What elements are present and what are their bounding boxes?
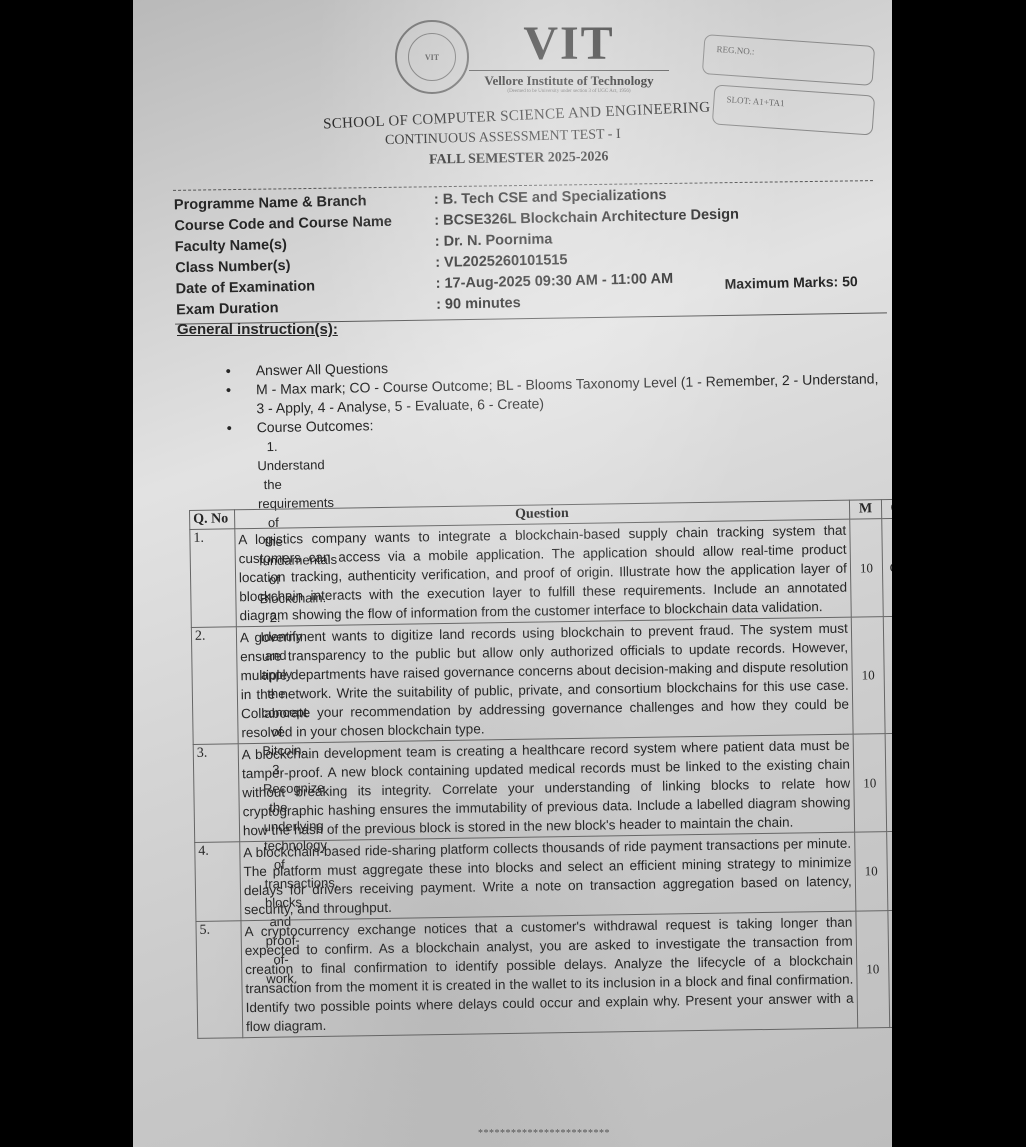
brand-subtitle: (Deemed to be University under section 3… [469,89,669,94]
semester: FALL SEMESTER 2025-2026 [429,149,609,168]
max-marks: Maximum Marks: 50 [725,273,858,292]
brand-abbr: VIT [469,20,669,68]
table-row: 4. A blockchain-based ride-sharing platf… [195,831,892,922]
brand-full-name: Vellore Institute of Technology [469,70,669,89]
exam-info: Programme Name & Branch: B. Tech CSE and… [174,181,876,322]
reg-no-box: REG.NO.: [702,34,875,86]
general-instructions-title: General instruction(s): [177,321,338,338]
end-marker: ************************ [478,1128,610,1139]
slot-box: SLOT: A1+TA1 [712,84,875,135]
vit-logo-icon: VIT [395,20,469,94]
questions-table: Q. No Question M CO BL 1. A logistics co… [189,498,892,1039]
table-row: 3. A blockchain development team is crea… [193,733,892,843]
assessment-title: CONTINUOUS ASSESSMENT TEST - I [385,127,621,149]
exam-paper-photo: VIT VIT Vellore Institute of Technology … [133,0,892,1147]
table-row: 5. A cryptocurrency exchange notices tha… [196,910,892,1039]
institute-brand: VIT Vellore Institute of Technology (Dee… [469,20,669,94]
school-name: SCHOOL OF COMPUTER SCIENCE AND ENGINEERI… [323,100,711,134]
table-row: 1. A logistics company wants to integrat… [190,518,892,628]
table-row: 2. A government wants to digitize land r… [191,616,892,745]
